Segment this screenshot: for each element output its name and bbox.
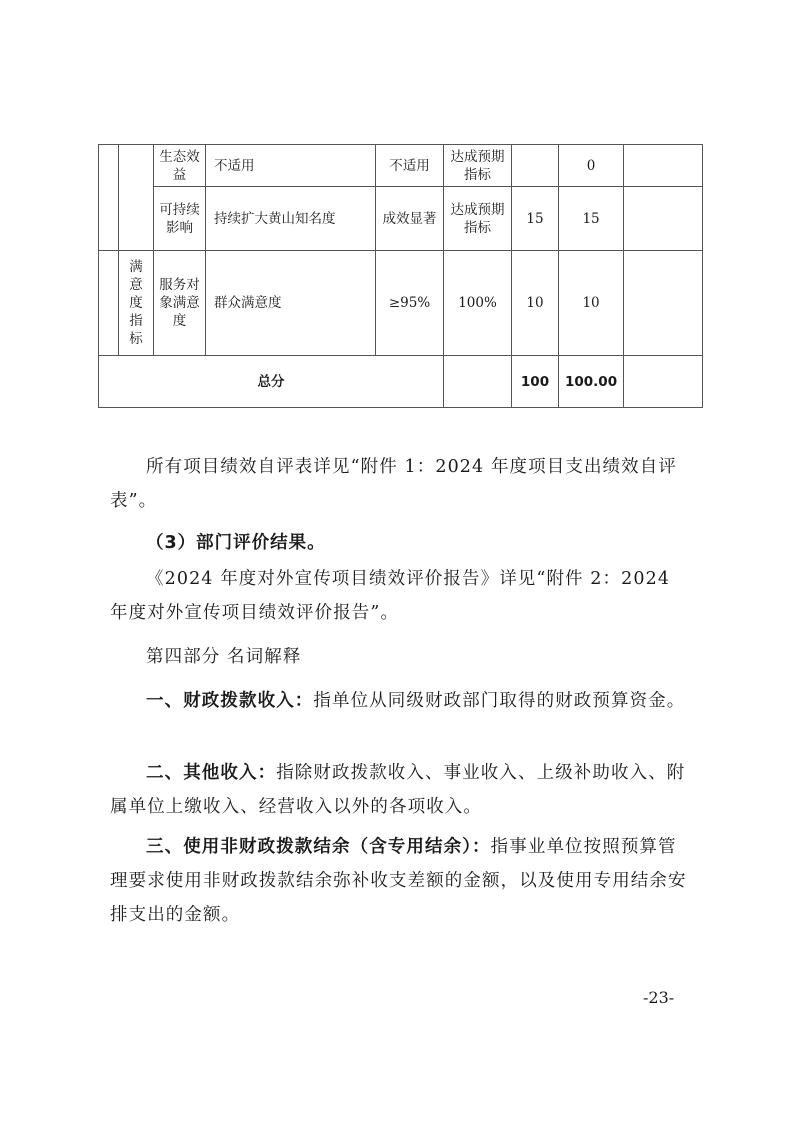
term1-text: 指单位从同级财政部门取得的财政预算资金。 — [313, 691, 685, 711]
level1-cell — [99, 251, 119, 356]
score-cell: 15 — [559, 187, 624, 251]
target-cell: 成效显著 — [376, 187, 444, 251]
part4-heading: 第四部分 名词解释 — [110, 640, 690, 674]
level3-cell: 生态效益 — [154, 145, 206, 187]
level2-cell — [119, 145, 154, 251]
note-cell — [624, 187, 703, 251]
term3-paragraph: 三、使用非财政拨款结余（含专用结余）：指事业单位按照预算管理要求使用非财政拨款结… — [110, 830, 690, 932]
performance-table: 生态效益 不适用 不适用 达成预期指标 0 可持续影响 持续扩大黄山知名度 成效… — [98, 144, 703, 408]
weight-cell: 10 — [512, 251, 559, 356]
weight-cell: 15 — [512, 187, 559, 251]
total-weight: 100 — [512, 356, 559, 408]
total-note — [624, 356, 703, 408]
actual-cell: 达成预期指标 — [444, 145, 512, 187]
score-cell: 0 — [559, 145, 624, 187]
term1-paragraph: 一、财政拨款收入：指单位从同级财政部门取得的财政预算资金。 — [110, 684, 690, 718]
level3-cell: 可持续影响 — [154, 187, 206, 251]
indicator-cell: 群众满意度 — [206, 251, 376, 356]
term2-label: 二、其他收入： — [146, 763, 276, 783]
term2-paragraph: 二、其他收入：指除财政拨款收入、事业收入、上级补助收入、附属单位上缴收入、经营收… — [110, 756, 690, 824]
table-row: 可持续影响 持续扩大黄山知名度 成效显著 达成预期指标 15 15 — [99, 187, 703, 251]
level1-cell — [99, 145, 119, 251]
table-row: 生态效益 不适用 不适用 达成预期指标 0 — [99, 145, 703, 187]
attachment1-paragraph: 所有项目绩效自评表详见“附件 1：2024 年度项目支出绩效自评表”。 — [110, 450, 690, 518]
weight-cell — [512, 145, 559, 187]
term1-label: 一、财政拨款收入： — [146, 691, 313, 711]
level2-cell: 满意度指标 — [119, 251, 154, 356]
target-cell: 不适用 — [376, 145, 444, 187]
total-row: 总分 100 100.00 — [99, 356, 703, 408]
score-cell: 10 — [559, 251, 624, 356]
level3-cell: 服务对象满意度 — [154, 251, 206, 356]
note-cell — [624, 145, 703, 187]
page-number: -23- — [643, 988, 674, 1007]
actual-cell: 100% — [444, 251, 512, 356]
actual-cell: 达成预期指标 — [444, 187, 512, 251]
indicator-cell: 不适用 — [206, 145, 376, 187]
total-score: 100.00 — [559, 356, 624, 408]
table-row: 满意度指标 服务对象满意度 群众满意度 ≥95% 100% 10 10 — [99, 251, 703, 356]
note-cell — [624, 251, 703, 356]
attachment2-paragraph: 《2024 年度对外宣传项目绩效评价报告》详见“附件 2：2024 年度对外宣传… — [110, 562, 690, 630]
term3-label: 三、使用非财政拨款结余（含专用结余）： — [146, 837, 491, 857]
total-label: 总分 — [99, 356, 444, 408]
indicator-cell: 持续扩大黄山知名度 — [206, 187, 376, 251]
section3-heading: （3）部门评价结果。 — [110, 526, 690, 560]
total-actual — [444, 356, 512, 408]
target-cell: ≥95% — [376, 251, 444, 356]
